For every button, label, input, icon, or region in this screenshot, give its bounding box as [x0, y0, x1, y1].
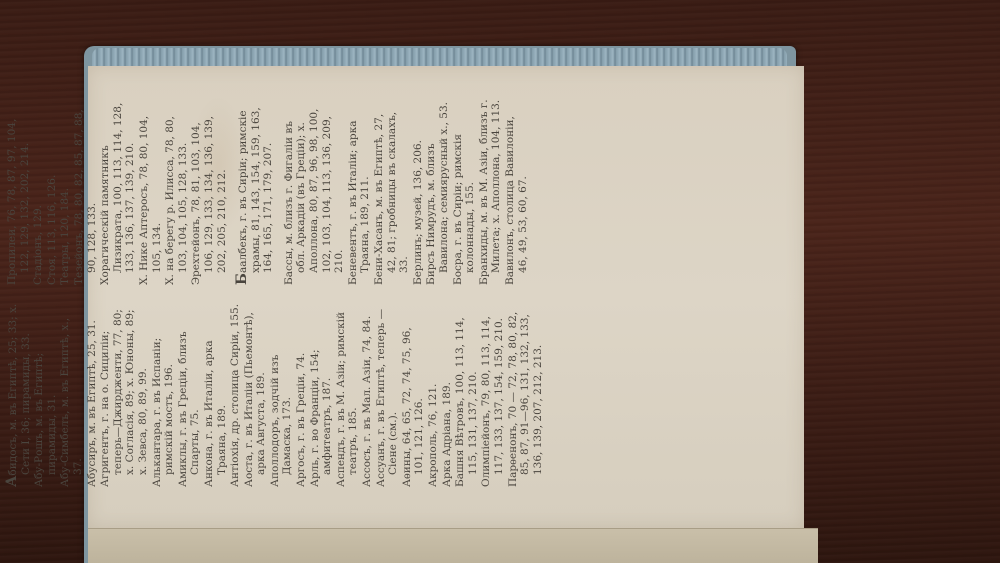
index-entry: Олимпіейонъ, 79, 80, 113, 114, 117, 133,…: [480, 301, 505, 487]
index-entry: Абу-Рошъ, м. въ Египтѣ; пирамиды, 31.: [33, 301, 58, 487]
index-entry-text: Арка Адріана, 189.: [441, 382, 453, 487]
index-entry: Ассосъ, г. въ Мал. Азіи, 74, 84.: [361, 301, 374, 487]
index-entry: Эрехтейонъ, 78, 81, 103, 104, 106, 129, …: [190, 99, 228, 285]
index-entry: Анкона, г. въ Италіи, арка Траяна, 189.: [203, 301, 228, 487]
index-entry-text: Аргосъ, г. въ Греціи, 74.: [295, 353, 307, 487]
index-entry-text: Тезейонъ, 78, 80, 82, 85, 87, 88, 90, 12…: [73, 109, 98, 285]
index-entry: Абусиръ, м. въ Египтѣ, 25, 31.: [86, 301, 99, 487]
index-entry: Арль, г. во Франціи, 154; амфитеатръ, 18…: [309, 301, 334, 487]
index-entry: Арка Адріана, 189.: [441, 301, 454, 487]
index-entry: Х. на берегу р. Илисса, 78, 80, 103, 104…: [164, 99, 189, 285]
index-entry-text: Анкона, г. въ Италіи, арка Траяна, 189.: [203, 340, 228, 487]
index-entry: Агригентъ, г. на о. Сициліи; теперь—Джир…: [99, 301, 149, 487]
index-entry: Алькантара, г. въ Испаніи; римскій мостъ…: [151, 301, 176, 487]
index-entry: Аргосъ, г. въ Греціи, 74.: [295, 301, 308, 487]
index-entry-text: Аспендъ, г. въ М. Азіи; римскій театръ, …: [335, 312, 360, 487]
index-entry-text: Акрополь, 76, 121.: [427, 384, 439, 487]
section-initial-letter: Б: [234, 273, 250, 285]
index-entry-text: Антіохія, др. столица Сиріи, 155.: [229, 304, 241, 487]
index-entry-text: Бирсъ Нимрудъ, м. близъ Вавилона; семияр…: [425, 102, 450, 285]
index-entry-text: Босра, г. въ Сиріи; римскія колоннады, 1…: [452, 134, 477, 285]
index-entry-text: Олимпіейонъ, 79, 80, 113, 114, 117, 133,…: [480, 316, 505, 487]
index-entry: Аѳины, 64, 65, 72, 74, 75, 96, 101, 121,…: [401, 301, 426, 487]
index-entry-text: Ассуанъ, г. въ Египтѣ, теперь — Сіене (с…: [375, 309, 400, 487]
index-entry: Х. Нике Аптеросъ, 78, 80, 104, 105, 134.: [138, 99, 163, 285]
section-initial-letter: А: [4, 476, 20, 487]
index-entry-text: Эрехтейонъ, 78, 81, 103, 104, 106, 129, …: [190, 116, 227, 285]
index-entry: Бирсъ Нимрудъ, м. близъ Вавилона; семияр…: [425, 99, 450, 285]
index-right-column: Пропилеи, 76, 78, 87, 97, 104, 122, 129,…: [6, 99, 545, 285]
index-entry: Берлинъ; музей, 136, 206.: [412, 99, 425, 285]
index-entry-text: Беневентъ, г. въ Италіи; арка Траяна, 18…: [347, 121, 372, 285]
index-entry: Парѳенонъ, 70 — 72, 78, 80, 82, 85, 87, …: [507, 301, 545, 487]
index-entry-text: Абу-Симбелъ, м. въ Египтѣ, х., 37.: [59, 318, 84, 487]
index-entry-text: Бассы, м. близъ г. Фигаліи въ обл. Аркад…: [283, 109, 345, 285]
index-entry: Пропилеи, 76, 78, 87, 97, 104, 122, 129,…: [6, 99, 31, 285]
index-entry-text: Парѳенонъ, 70 — 72, 78, 80, 82, 85, 87, …: [507, 312, 544, 487]
index-columns: Абидосъ, м. въ Египтѣ, 25; 33; х. Сети I…: [6, 99, 545, 487]
index-entry-text: Х. Нике Аптеросъ, 78, 80, 104, 105, 134.: [138, 116, 163, 285]
index-entry-text: Бранхиды, м. въ М. Азіи, близъ г. Милета…: [478, 99, 503, 285]
index-entry: Аоста, г. въ Италіи (Пьемонтѣ), арка Авг…: [243, 301, 268, 487]
index-entry: Аполлодоръ, зодчій изъ Дамаска, 173.: [269, 301, 294, 487]
index-entry: Театры, 120, 184.: [59, 99, 72, 285]
index-entry-text: Башня Вѣтровъ, 100, 113, 114, 115, 131, …: [454, 317, 479, 487]
index-left-column: Абидосъ, м. въ Египтѣ, 25; 33; х. Сети I…: [6, 301, 545, 487]
index-entry: Баалбекъ, г. въ Сиріи; римскіе храмы, 81…: [236, 99, 275, 285]
index-entry-text: Бени-Хасанъ, м. въ Египтѣ, 27, 42, 81; г…: [373, 112, 410, 285]
index-entry-text: Стадіонъ, 129.: [32, 205, 44, 285]
index-entry-text: Аоста, г. въ Италіи (Пьемонтѣ), арка Авг…: [243, 312, 268, 487]
index-entry: Вавилонъ, столица Вавилоніи, 46, 49, 53,…: [504, 99, 529, 285]
index-entry: Абидосъ, м. въ Египтѣ, 25; 33; х. Сети I…: [6, 301, 32, 487]
index-entry-text: бидосъ, м. въ Египтѣ, 25; 33; х. Сети I,…: [7, 304, 32, 476]
index-entry-text: Х. на берегу р. Илисса, 78, 80, 103, 104…: [164, 116, 189, 285]
index-entry: Башня Вѣтровъ, 100, 113, 114, 115, 131, …: [454, 301, 479, 487]
index-entry-text: Арль, г. во Франціи, 154; амфитеатръ, 18…: [309, 349, 334, 487]
index-entry: Амиклы, г. въ Греціи, близъ Спарты, 75.: [177, 301, 202, 487]
index-entry: Бени-Хасанъ, м. въ Египтѣ, 27, 42, 81; г…: [373, 99, 411, 285]
page-text-rotated: УКАЗАТЕЛЬ именъ зодчихъ и мѣстонахождені…: [0, 93, 570, 493]
index-entry: Антіохія, др. столица Сиріи, 155.: [229, 301, 242, 487]
index-entry-text: Алькантара, г. въ Испаніи; римскій мостъ…: [151, 338, 176, 487]
index-entry: Тезейонъ, 78, 80, 82, 85, 87, 88, 90, 12…: [73, 99, 98, 285]
index-entry: Аспендъ, г. въ М. Азіи; римскій театръ, …: [335, 301, 360, 487]
index-entry: Беневентъ, г. въ Италіи; арка Траяна, 18…: [347, 99, 372, 285]
index-entry-text: Аѳины, 64, 65, 72, 74, 75, 96, 101, 121,…: [401, 327, 426, 487]
index-entry-text: Агригентъ, г. на о. Сициліи; теперь—Джир…: [99, 309, 149, 487]
index-entry-text: Ассосъ, г. въ Мал. Азіи, 74, 84.: [361, 316, 373, 487]
index-entry-text: аалбекъ, г. въ Сиріи; римскіе храмы, 81,…: [237, 107, 274, 273]
index-entry-text: Вавилонъ, столица Вавилоніи, 46, 49, 53,…: [504, 116, 529, 285]
index-entry: Бассы, м. близъ г. Фигаліи въ обл. Аркад…: [283, 99, 346, 285]
index-entry-text: Аполлодоръ, зодчій изъ Дамаска, 173.: [269, 355, 294, 487]
index-entry-text: Хорагическій памятникъ Лизикрата, 100, 1…: [99, 103, 136, 285]
index-entry: Хорагическій памятникъ Лизикрата, 100, 1…: [99, 99, 137, 285]
index-entry: Стадіонъ, 129.: [32, 99, 45, 285]
index-entry-text: Абу-Рошъ, м. въ Египтѣ; пирамиды, 31.: [33, 353, 58, 487]
index-entry: Ассуанъ, г. въ Египтѣ, теперь — Сіене (с…: [375, 301, 400, 487]
index-entry: Стоя, 113, 116, 126.: [46, 99, 59, 285]
index-entry-text: Абусиръ, м. въ Египтѣ, 25, 31.: [86, 320, 98, 487]
lower-page-leaf: [88, 528, 818, 563]
index-entry-text: Амиклы, г. въ Греціи, близъ Спарты, 75.: [177, 331, 202, 487]
index-entry: Бранхиды, м. въ М. Азіи, близъ г. Милета…: [478, 99, 503, 285]
index-entry-text: Берлинъ; музей, 136, 206.: [412, 140, 424, 285]
index-entry-text: Пропилеи, 76, 78, 87, 97, 104, 122, 129,…: [6, 119, 31, 285]
index-entry: Абу-Симбелъ, м. въ Египтѣ, х., 37.: [59, 301, 84, 487]
index-entry: Акрополь, 76, 121.: [427, 301, 440, 487]
index-entry-text: Стоя, 113, 116, 126.: [46, 175, 58, 285]
index-entry: Босра, г. въ Сиріи; римскія колоннады, 1…: [452, 99, 477, 285]
index-entry-text: Театры, 120, 184.: [59, 188, 71, 285]
